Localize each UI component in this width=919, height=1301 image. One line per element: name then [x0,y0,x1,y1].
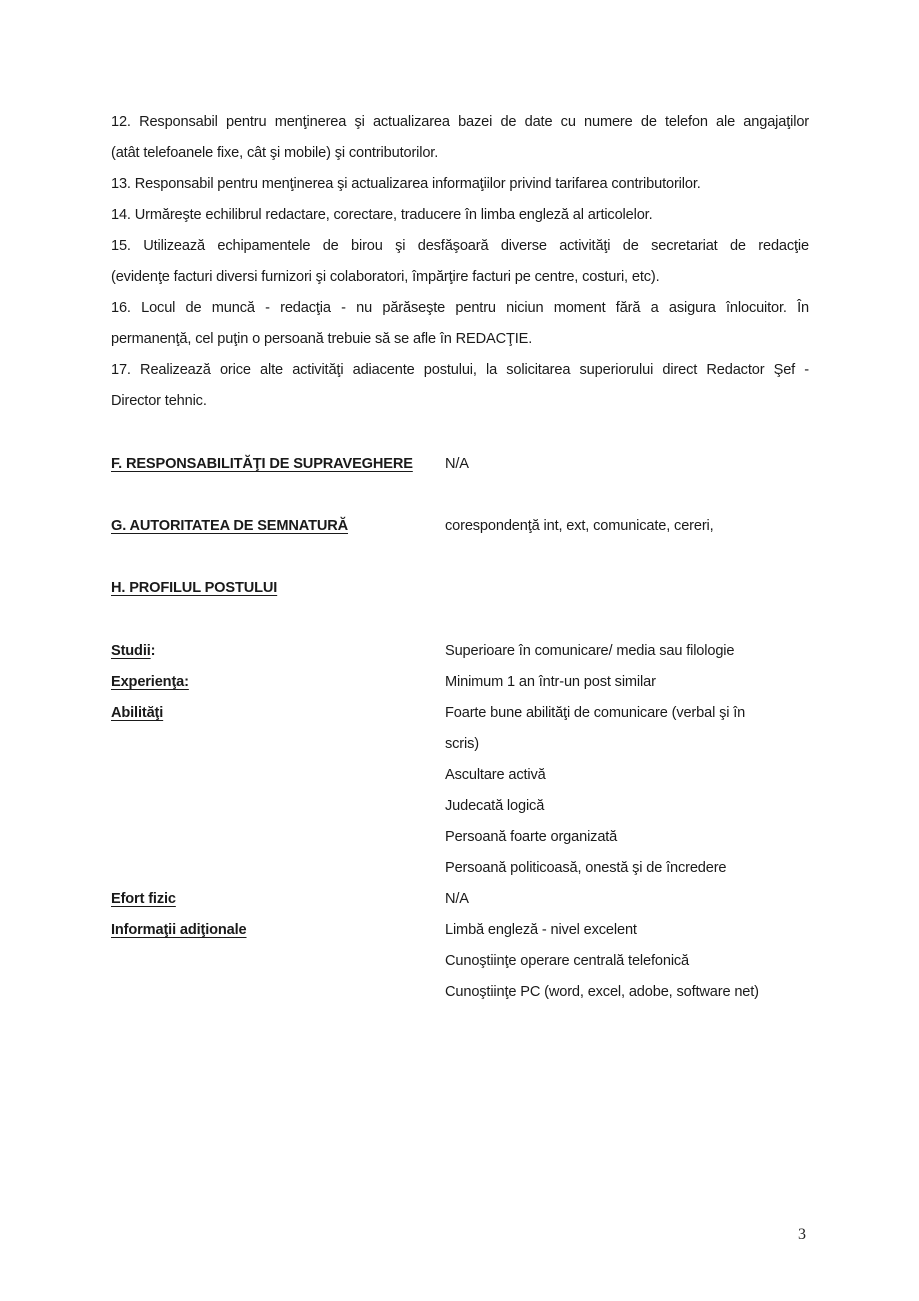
duty-item-16-line1: 16. Locul de muncă - redacţia - nu părăs… [111,298,809,318]
studii-label-text: Studii [111,643,151,659]
duty-item-15-line2: (evidenţe facturi diversi furnizori şi c… [111,267,660,287]
duty-item-12-line1: 12. Responsabil pentru menţinerea şi act… [111,112,809,132]
efort-value: N/A [445,889,469,909]
info-value-2: Cunoştiinţe operare centrală telefonică [445,951,689,971]
studii-label: Studii: [111,641,155,661]
abilitati-value-2: scris) [445,734,479,754]
abilitati-label-text: Abilităţi [111,705,163,721]
abilitati-value-4: Judecată logică [445,796,544,816]
experienta-label-text: Experienţa: [111,674,189,690]
section-f-value: N/A [445,454,469,474]
efort-label-text: Efort fizic [111,891,176,907]
duty-item-15-line1: 15. Utilizează echipamentele de birou şi… [111,236,809,256]
info-label-text: Informaţii adiţionale [111,922,247,938]
section-f-heading: F. RESPONSABILITĂŢI DE SUPRAVEGHERE [111,454,413,474]
document-page: 12. Responsabil pentru menţinerea şi act… [0,0,919,1301]
experienta-value: Minimum 1 an într-un post similar [445,672,656,692]
abilitati-value-5: Persoană foarte organizată [445,827,617,847]
duty-item-17-line1: 17. Realizează orice alte activităţi adi… [111,360,809,380]
info-value-1: Limbă engleză - nivel excelent [445,920,637,940]
abilitati-value-1: Foarte bune abilităţi de comunicare (ver… [445,703,745,723]
duty-item-16-line2: permanenţă, cel puţin o persoană trebuie… [111,329,532,349]
section-g-value: corespondenţă int, ext, comunicate, cere… [445,516,714,536]
section-g-heading: G. AUTORITATEA DE SEMNATURĂ [111,516,348,536]
duty-item-14: 14. Urmăreşte echilibrul redactare, core… [111,205,652,225]
studii-value: Superioare în comunicare/ media sau filo… [445,641,734,661]
abilitati-label: Abilităţi [111,703,163,723]
abilitati-value-6: Persoană politicoasă, onestă şi de încre… [445,858,726,878]
efort-label: Efort fizic [111,889,176,909]
page-number: 3 [798,1226,806,1244]
section-h-heading: H. PROFILUL POSTULUI [111,578,277,598]
experienta-label: Experienţa: [111,672,189,692]
info-value-3: Cunoştiinţe PC (word, excel, adobe, soft… [445,982,759,1002]
abilitati-value-3: Ascultare activă [445,765,546,785]
info-label: Informaţii adiţionale [111,920,247,940]
duty-item-12-line2: (atât telefoanele fixe, cât şi mobile) ş… [111,143,438,163]
duty-item-13: 13. Responsabil pentru menţinerea şi act… [111,174,701,194]
studii-label-colon: : [151,643,156,659]
duty-item-17-line2: Director tehnic. [111,391,207,411]
